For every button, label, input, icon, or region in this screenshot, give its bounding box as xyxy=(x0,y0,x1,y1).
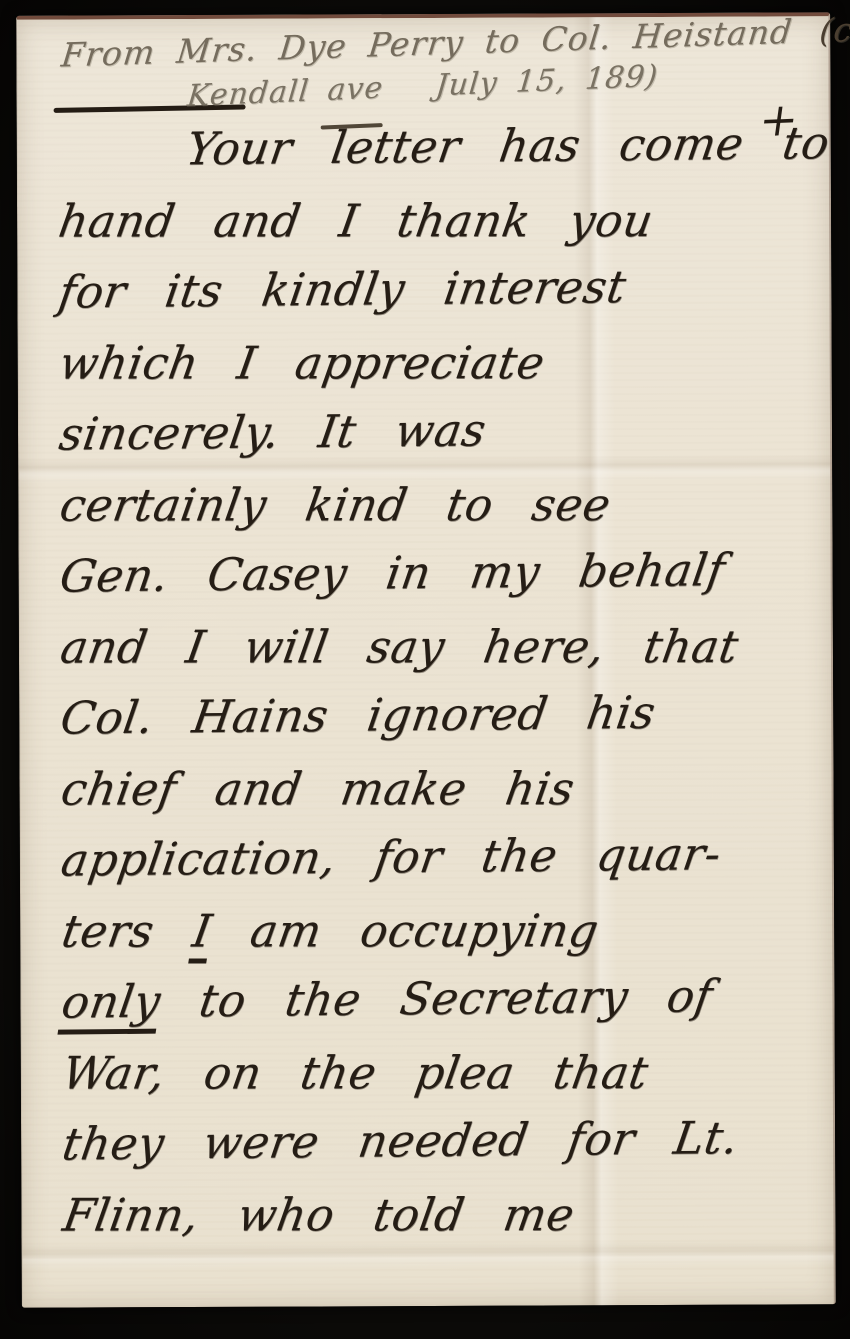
line-segment: to the Secretary of xyxy=(156,969,716,1027)
handwritten-line: sincerely. It was xyxy=(53,400,834,478)
pencil-attribution-line: From Mrs. Dye Perry to Col. Heistand (co… xyxy=(59,11,823,75)
letter-scan: From Mrs. Dye Perry to Col. Heistand (co… xyxy=(0,0,850,1339)
letter-page: From Mrs. Dye Perry to Col. Heistand (co… xyxy=(16,12,836,1308)
handwritten-line: ters I am occupying xyxy=(55,904,836,976)
attribution-text: From Mrs. Dye Perry to Col. Heistand xyxy=(59,12,794,75)
handwritten-line: which I appreciate xyxy=(53,336,834,408)
handwritten-line: Your letter has come to xyxy=(52,116,833,194)
handwritten-line: application, for the quar- xyxy=(55,826,836,904)
handwritten-line: War, on the plea that xyxy=(56,1046,837,1118)
place-text: Kendall ave xyxy=(186,70,385,114)
handwritten-line: for its kindly interest xyxy=(53,258,834,336)
handwritten-line: only to the Secretary of xyxy=(56,968,837,1046)
handwritten-line: Gen. Casey in my behalf xyxy=(54,542,835,620)
date-text: July 15, 189) xyxy=(434,59,660,104)
handwritten-line: Flinn, who told me xyxy=(57,1188,838,1260)
handwritten-line: Col. Hains ignored his xyxy=(54,684,835,762)
handwritten-line: they were needed for Lt. xyxy=(56,1110,837,1188)
line-segment: am occupying xyxy=(207,904,602,957)
handwritten-line: certainly kind to see xyxy=(54,478,835,550)
letter-body: Your letter has come to hand and I thank… xyxy=(52,120,827,1259)
handwritten-line: and I will say here, that xyxy=(54,620,835,692)
handwritten-line: hand and I thank you xyxy=(52,194,833,266)
line-segment: ters xyxy=(58,904,197,957)
copy-label: (copy) xyxy=(818,7,850,50)
underlined-word: only xyxy=(57,975,164,1035)
handwritten-line: chief and make his xyxy=(55,762,836,834)
